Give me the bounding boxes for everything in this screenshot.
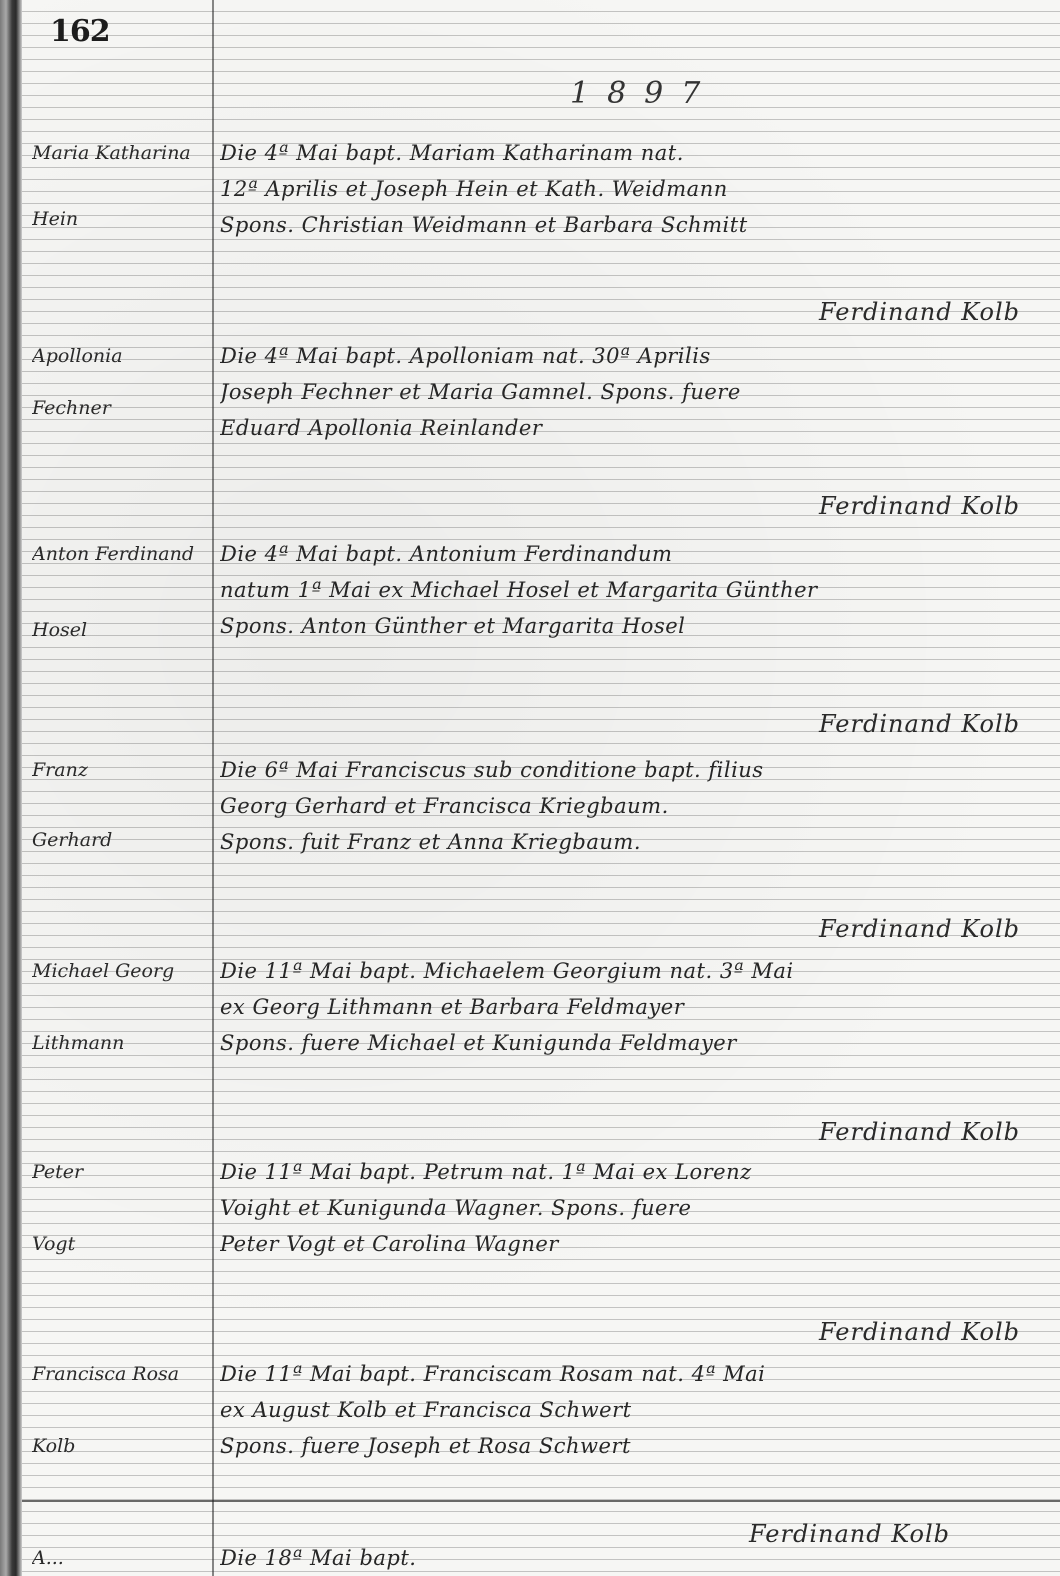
entry-line: Die 4ª Mai bapt. Apolloniam nat. 30ª Apr… xyxy=(220,338,1050,374)
register-page: 162 1897 Maria Katharina Hein Die 4ª Mai… xyxy=(0,0,1060,1576)
entry-line: Georg Gerhard et Francisca Kriegbaum. xyxy=(220,788,1050,824)
entry-line: 12ª Aprilis et Joseph Hein et Kath. Weid… xyxy=(220,171,1050,207)
entry-line: Voight et Kunigunda Wagner. Spons. fuere xyxy=(220,1190,1050,1226)
register-year: 1897 xyxy=(570,76,718,111)
entry-line: Die 6ª Mai Franciscus sub conditione bap… xyxy=(220,752,1050,788)
entry-text: Die 4ª Mai bapt. Antonium Ferdinandum na… xyxy=(220,536,1050,644)
entry-line: Die 11ª Mai bapt. Petrum nat. 1ª Mai ex … xyxy=(220,1154,1050,1190)
priest-signature: Ferdinand Kolb xyxy=(819,710,1020,738)
entry-line: Die 11ª Mai bapt. Franciscam Rosam nat. … xyxy=(220,1356,1050,1392)
child-name: Franz xyxy=(32,752,208,788)
entry-text: Die 4ª Mai bapt. Apolloniam nat. 30ª Apr… xyxy=(220,338,1050,446)
entry-line: ex Georg Lithmann et Barbara Feldmayer xyxy=(220,989,1050,1025)
family-name: Vogt xyxy=(32,1226,208,1262)
entry-line: Die 18ª Mai bapt. xyxy=(220,1540,1050,1576)
entry-names: Michael Georg Lithmann xyxy=(32,953,208,1061)
entry-line: Peter Vogt et Carolina Wagner xyxy=(220,1226,1050,1262)
priest-signature: Ferdinand Kolb xyxy=(819,492,1020,520)
child-name: Apollonia xyxy=(32,338,208,374)
entry-line: Spons. fuit Franz et Anna Kriegbaum. xyxy=(220,824,1050,860)
entry-line: Spons. Christian Weidmann et Barbara Sch… xyxy=(220,207,1050,243)
child-name: Maria Katharina xyxy=(32,135,208,171)
entry-names: Francisca Rosa Kolb xyxy=(32,1356,208,1464)
family-name: Hein xyxy=(32,201,208,237)
child-name: Francisca Rosa xyxy=(32,1356,208,1392)
entry-names: Franz Gerhard xyxy=(32,752,208,858)
family-name: Hosel xyxy=(32,612,208,648)
family-name: Gerhard xyxy=(32,822,208,858)
column-rule xyxy=(212,0,214,1576)
child-name: Peter xyxy=(32,1154,208,1190)
entry-line: Spons. fuere Joseph et Rosa Schwert xyxy=(220,1428,1050,1464)
entry-line: ex August Kolb et Francisca Schwert xyxy=(220,1392,1050,1428)
entry-line: Spons. fuere Michael et Kunigunda Feldma… xyxy=(220,1025,1050,1061)
entry-text: Die 11ª Mai bapt. Petrum nat. 1ª Mai ex … xyxy=(220,1154,1050,1262)
entry-text: Die 6ª Mai Franciscus sub conditione bap… xyxy=(220,752,1050,860)
child-name: Anton Ferdinand xyxy=(32,536,208,572)
priest-signature: Ferdinand Kolb xyxy=(819,1318,1020,1346)
priest-signature: Ferdinand Kolb xyxy=(819,1118,1020,1146)
entry-line: Joseph Fechner et Maria Gamnel. Spons. f… xyxy=(220,374,1050,410)
entry-line: Die 4ª Mai bapt. Mariam Katharinam nat. xyxy=(220,135,1050,171)
entry-line: Eduard Apollonia Reinlander xyxy=(220,410,1050,446)
family-name: Lithmann xyxy=(32,1025,208,1061)
entry-names: Peter Vogt xyxy=(32,1154,208,1262)
entry-line: Spons. Anton Günther et Margarita Hosel xyxy=(220,608,1050,644)
entry-divider xyxy=(22,1500,1060,1502)
entry-text: Die 4ª Mai bapt. Mariam Katharinam nat. … xyxy=(220,135,1050,243)
book-binding xyxy=(0,0,22,1576)
entry-names: Anton Ferdinand Hosel xyxy=(32,536,208,648)
entry-line: Die 4ª Mai bapt. Antonium Ferdinandum xyxy=(220,536,1050,572)
entry-text: Die 11ª Mai bapt. Franciscam Rosam nat. … xyxy=(220,1356,1050,1464)
family-name: Kolb xyxy=(32,1428,208,1464)
priest-signature: Ferdinand Kolb xyxy=(819,298,1020,326)
entry-names: A... xyxy=(32,1540,208,1576)
entry-line: natum 1ª Mai ex Michael Hosel et Margari… xyxy=(220,572,1050,608)
entry-line: Die 11ª Mai bapt. Michaelem Georgium nat… xyxy=(220,953,1050,989)
child-name: Michael Georg xyxy=(32,953,208,989)
entry-text: Die 11ª Mai bapt. Michaelem Georgium nat… xyxy=(220,953,1050,1061)
entry-names: Apollonia Fechner xyxy=(32,338,208,426)
priest-signature: Ferdinand Kolb xyxy=(819,915,1020,943)
page-number: 162 xyxy=(50,14,110,49)
child-name: A... xyxy=(32,1540,208,1576)
entry-text: Die 18ª Mai bapt. xyxy=(220,1540,1050,1576)
family-name: Fechner xyxy=(32,390,208,426)
entry-names: Maria Katharina Hein xyxy=(32,135,208,237)
